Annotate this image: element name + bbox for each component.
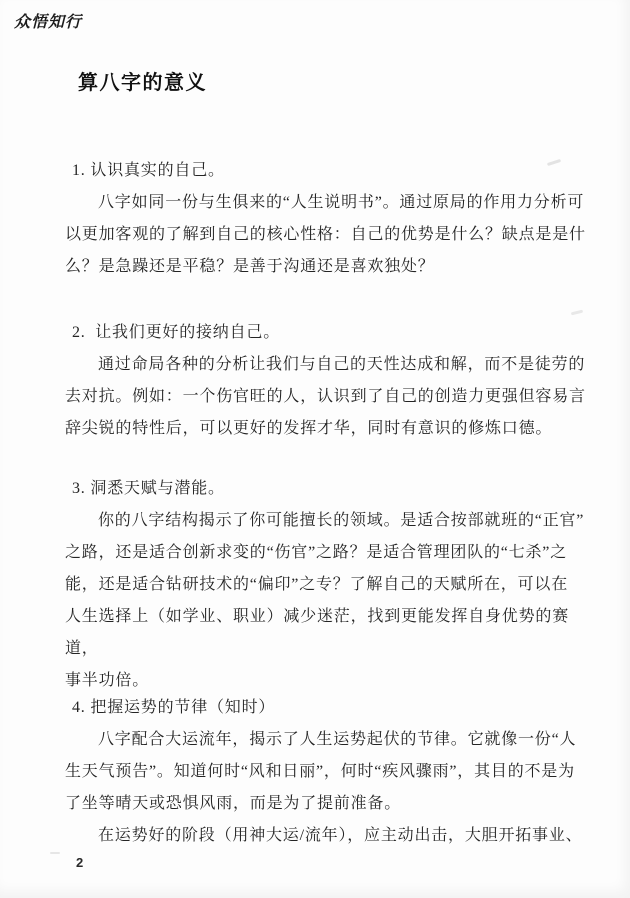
body-line: 生天气预告”。知道何时“风和日丽”，何时“疾风骤雨”，其目的不是为	[65, 756, 595, 788]
section-heading: 2. 让我们更好的接纳自己。	[65, 317, 595, 349]
body-line: 之路，还是适合创新求变的“伤官”之路？是适合管理团队的“七杀”之	[65, 537, 595, 569]
body-line: 了坐等晴天或恐惧风雨，而是为了提前准备。	[65, 788, 595, 820]
section-heading: 4. 把握运势的节律（知时）	[65, 692, 595, 724]
body-line: 以更加客观的了解到自己的核心性格：自己的优势是什么？缺点是是什	[65, 219, 595, 251]
section-heading: 3. 洞悉天赋与潜能。	[65, 473, 595, 505]
section-know-yourself: 1. 认识真实的自己。 八字如同一份与生俱来的“人生说明书”。通过原局的作用力分…	[65, 155, 595, 283]
section-heading: 1. 认识真实的自己。	[65, 155, 595, 187]
scan-artifact	[571, 310, 583, 316]
body-line: 通过命局各种的分析让我们与自己的天性达成和解，而不是徒劳的	[65, 349, 595, 381]
document-page: 众悟知行 算八字的意义 1. 认识真实的自己。 八字如同一份与生俱来的“人生说明…	[0, 0, 630, 898]
body-line: 八字如同一份与生俱来的“人生说明书”。通过原局的作用力分析可	[65, 187, 595, 219]
page-number: 2	[76, 855, 83, 870]
section-accept-yourself: 2. 让我们更好的接纳自己。 通过命局各种的分析让我们与自己的天性达成和解，而不…	[65, 317, 595, 445]
body-line: 么？是急躁还是平稳？是善于沟通还是喜欢独处？	[65, 251, 595, 283]
section-fortune-rhythm: 4. 把握运势的节律（知时） 八字配合大运流年，揭示了人生运势起伏的节律。它就像…	[65, 692, 595, 852]
running-header: 众悟知行	[14, 9, 82, 32]
body-line: 辞尖锐的特性后，可以更好的发挥才华，同时有意识的修炼口德。	[65, 413, 595, 445]
body-line: 八字配合大运流年，揭示了人生运势起伏的节律。它就像一份“人	[65, 724, 595, 756]
body-line: 去对抗。例如：一个伤官旺的人，认识到了自己的创造力更强但容易言	[65, 381, 595, 413]
section-talent-potential: 3. 洞悉天赋与潜能。 你的八字结构揭示了你可能擅长的领域。是适合按部就班的“正…	[65, 473, 595, 697]
body-line: 在运势好的阶段（用神大运/流年），应主动出击，大胆开拓事业、	[65, 820, 595, 852]
scan-artifact	[50, 852, 60, 854]
body-line: 人生选择上（如学业、职业）减少迷茫，找到更能发挥自身优势的赛道，	[65, 601, 595, 665]
body-line: 能，还是适合钻研技术的“偏印”之专？了解自己的天赋所在，可以在	[65, 569, 595, 601]
body-line: 你的八字结构揭示了你可能擅长的领域。是适合按部就班的“正官”	[65, 505, 595, 537]
page-title: 算八字的意义	[78, 66, 207, 95]
